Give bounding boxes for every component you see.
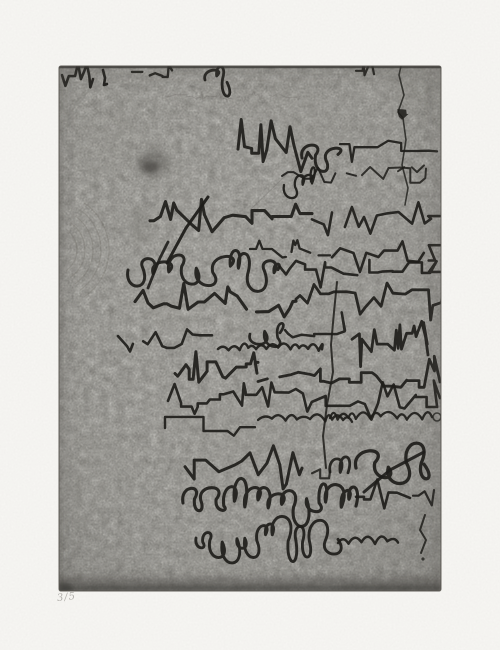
paper-sheet: 3/5	[0, 0, 500, 650]
etching-plate	[0, 0, 500, 650]
edition-number: 3/5	[56, 591, 76, 604]
